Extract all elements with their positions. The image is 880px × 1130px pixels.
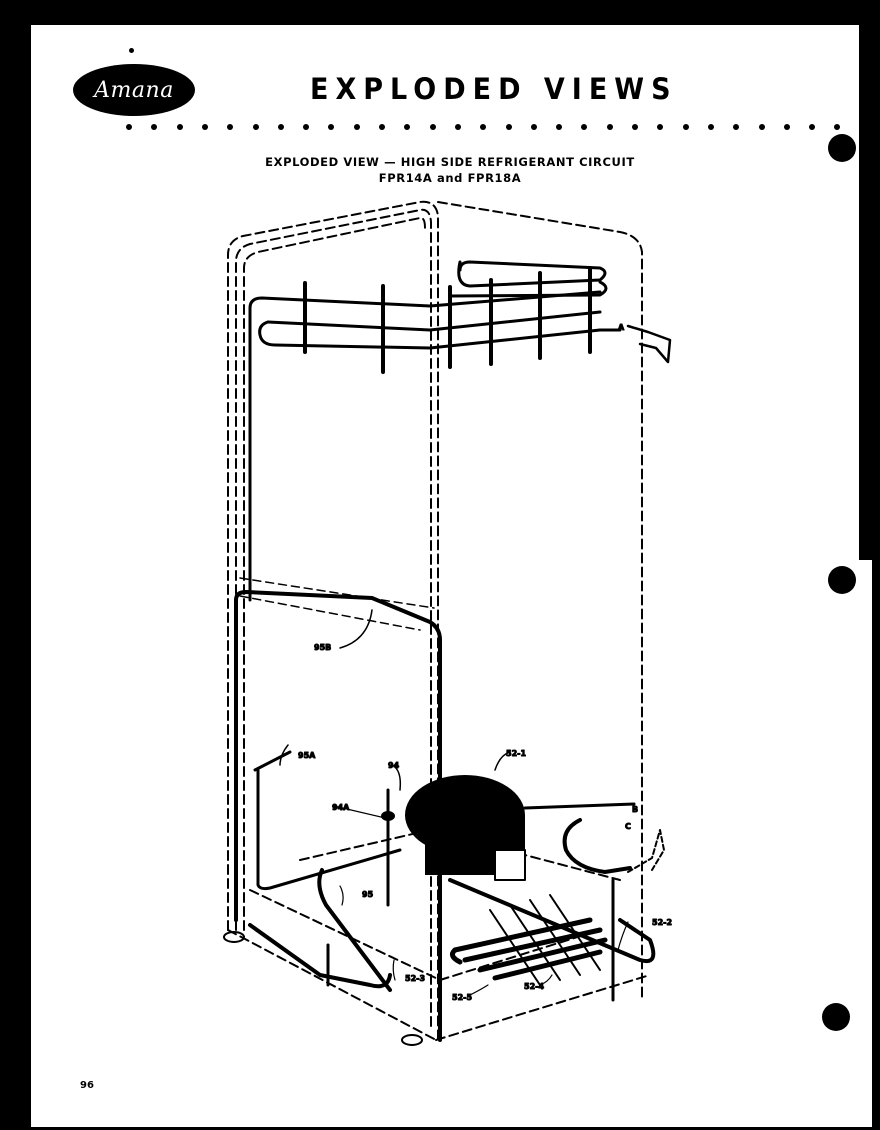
- callout-95a: 95A: [298, 751, 316, 760]
- callout-52-1: 52-1: [506, 749, 526, 758]
- flow-label-c: C: [625, 822, 631, 831]
- callout-94: 94: [388, 761, 400, 770]
- mid-loop-dashes: [240, 578, 434, 630]
- flow-label-a: A: [618, 323, 625, 332]
- callout-95: 95: [362, 890, 374, 899]
- page-number: 96: [80, 1080, 94, 1091]
- flow-arrow-c: [628, 830, 664, 872]
- flow-arrow-a: [628, 326, 670, 362]
- callout-52-2: 52-2: [652, 918, 672, 927]
- compressor: [405, 775, 634, 880]
- refrigerant-circuit-diagram: 95B 95A 94 94A 95 52-1 52-2 52-3 52-4 52…: [0, 0, 880, 1130]
- callout-52-4: 52-4: [524, 982, 544, 991]
- callout-94a: 94A: [332, 803, 350, 812]
- callout-52-3: 52-3: [405, 974, 425, 983]
- callout-95b: 95B: [314, 643, 331, 652]
- flow-label-b: B: [632, 805, 638, 814]
- callout-52-5: 52-5: [452, 993, 472, 1002]
